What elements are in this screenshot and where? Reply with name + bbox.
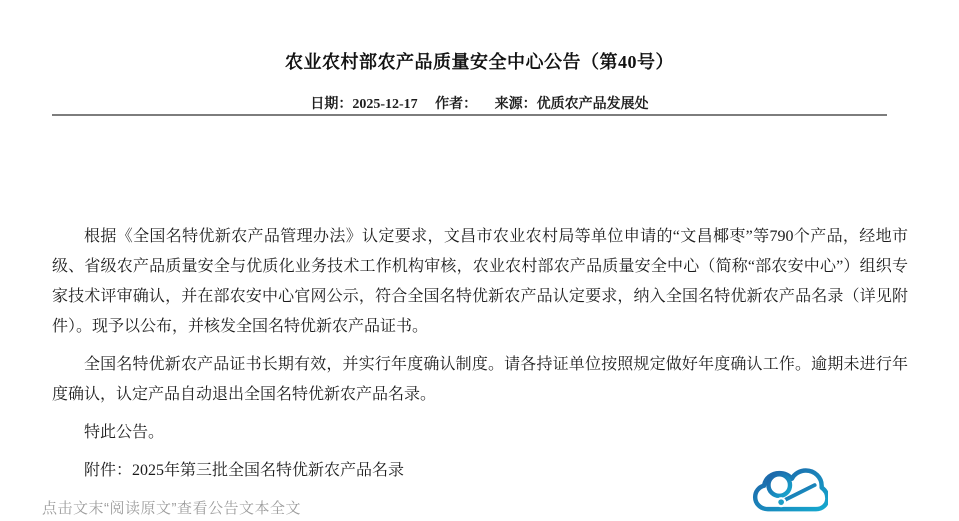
footer-note: 点击文末“阅读原文”查看公告文本全文	[42, 497, 301, 518]
gauge-pivot-dot	[778, 499, 784, 505]
header-divider	[52, 114, 887, 116]
meta-source: 来源：优质农产品发展处	[495, 97, 649, 112]
meta-date: 日期：2025-12-17	[310, 97, 417, 112]
article-paragraph: 全国名特优新农产品证书长期有效，并实行年度确认制度。请各持证单位按照规定做好年度…	[52, 350, 908, 410]
cloud-gauge-logo-icon	[752, 464, 828, 515]
page-title: 农业农村部农产品质量安全中心公告（第40号）	[52, 48, 907, 74]
announcement-body: 根据《全国名特优新农产品管理办法》认定要求，文昌市农业农村局等单位申请的“文昌椰…	[52, 222, 908, 494]
article-paragraph: 根据《全国名特优新农产品管理办法》认定要求，文昌市农业农村局等单位申请的“文昌椰…	[52, 222, 908, 342]
article-paragraph: 特此公告。	[52, 418, 908, 448]
doc-meta-line: 日期：2025-12-17 作者： 来源：优质农产品发展处	[52, 93, 907, 113]
cloud-small-lobe	[768, 474, 790, 496]
meta-author: 作者：	[435, 97, 477, 112]
